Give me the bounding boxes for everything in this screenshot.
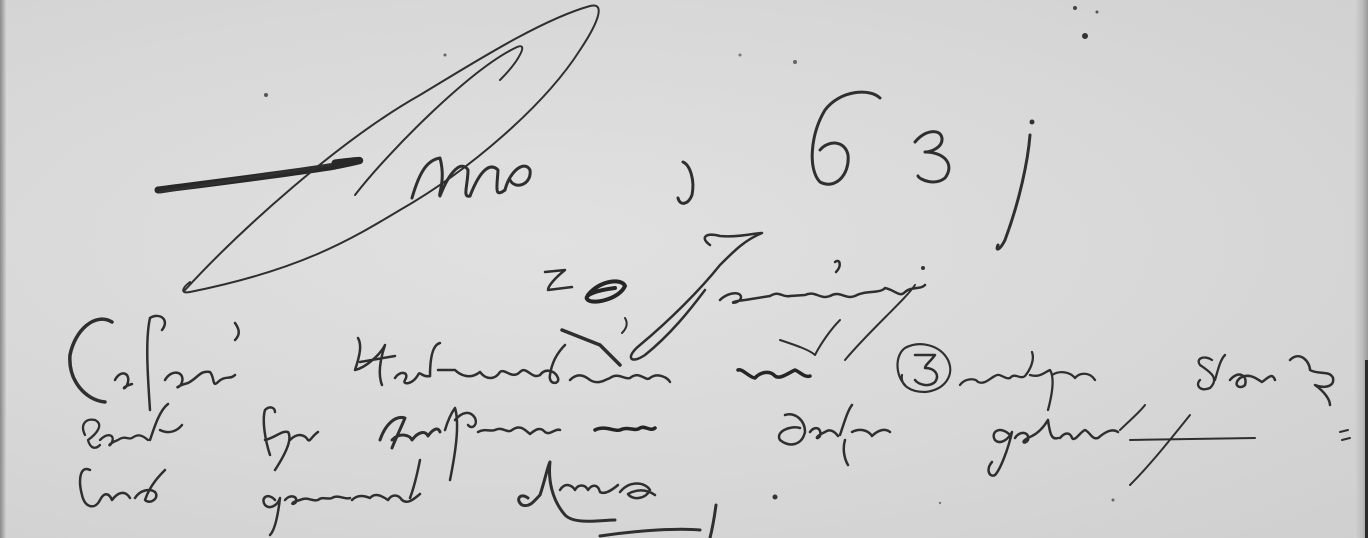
heading-year [678,92,1035,249]
handwriting-ink [0,0,1368,538]
entry-line-3 [80,460,777,538]
entry-line-2 [83,404,1350,485]
heading-anno [158,5,599,292]
entry-line-1 [70,316,1333,410]
paper-specks [264,6,1115,504]
date-line [545,233,925,365]
